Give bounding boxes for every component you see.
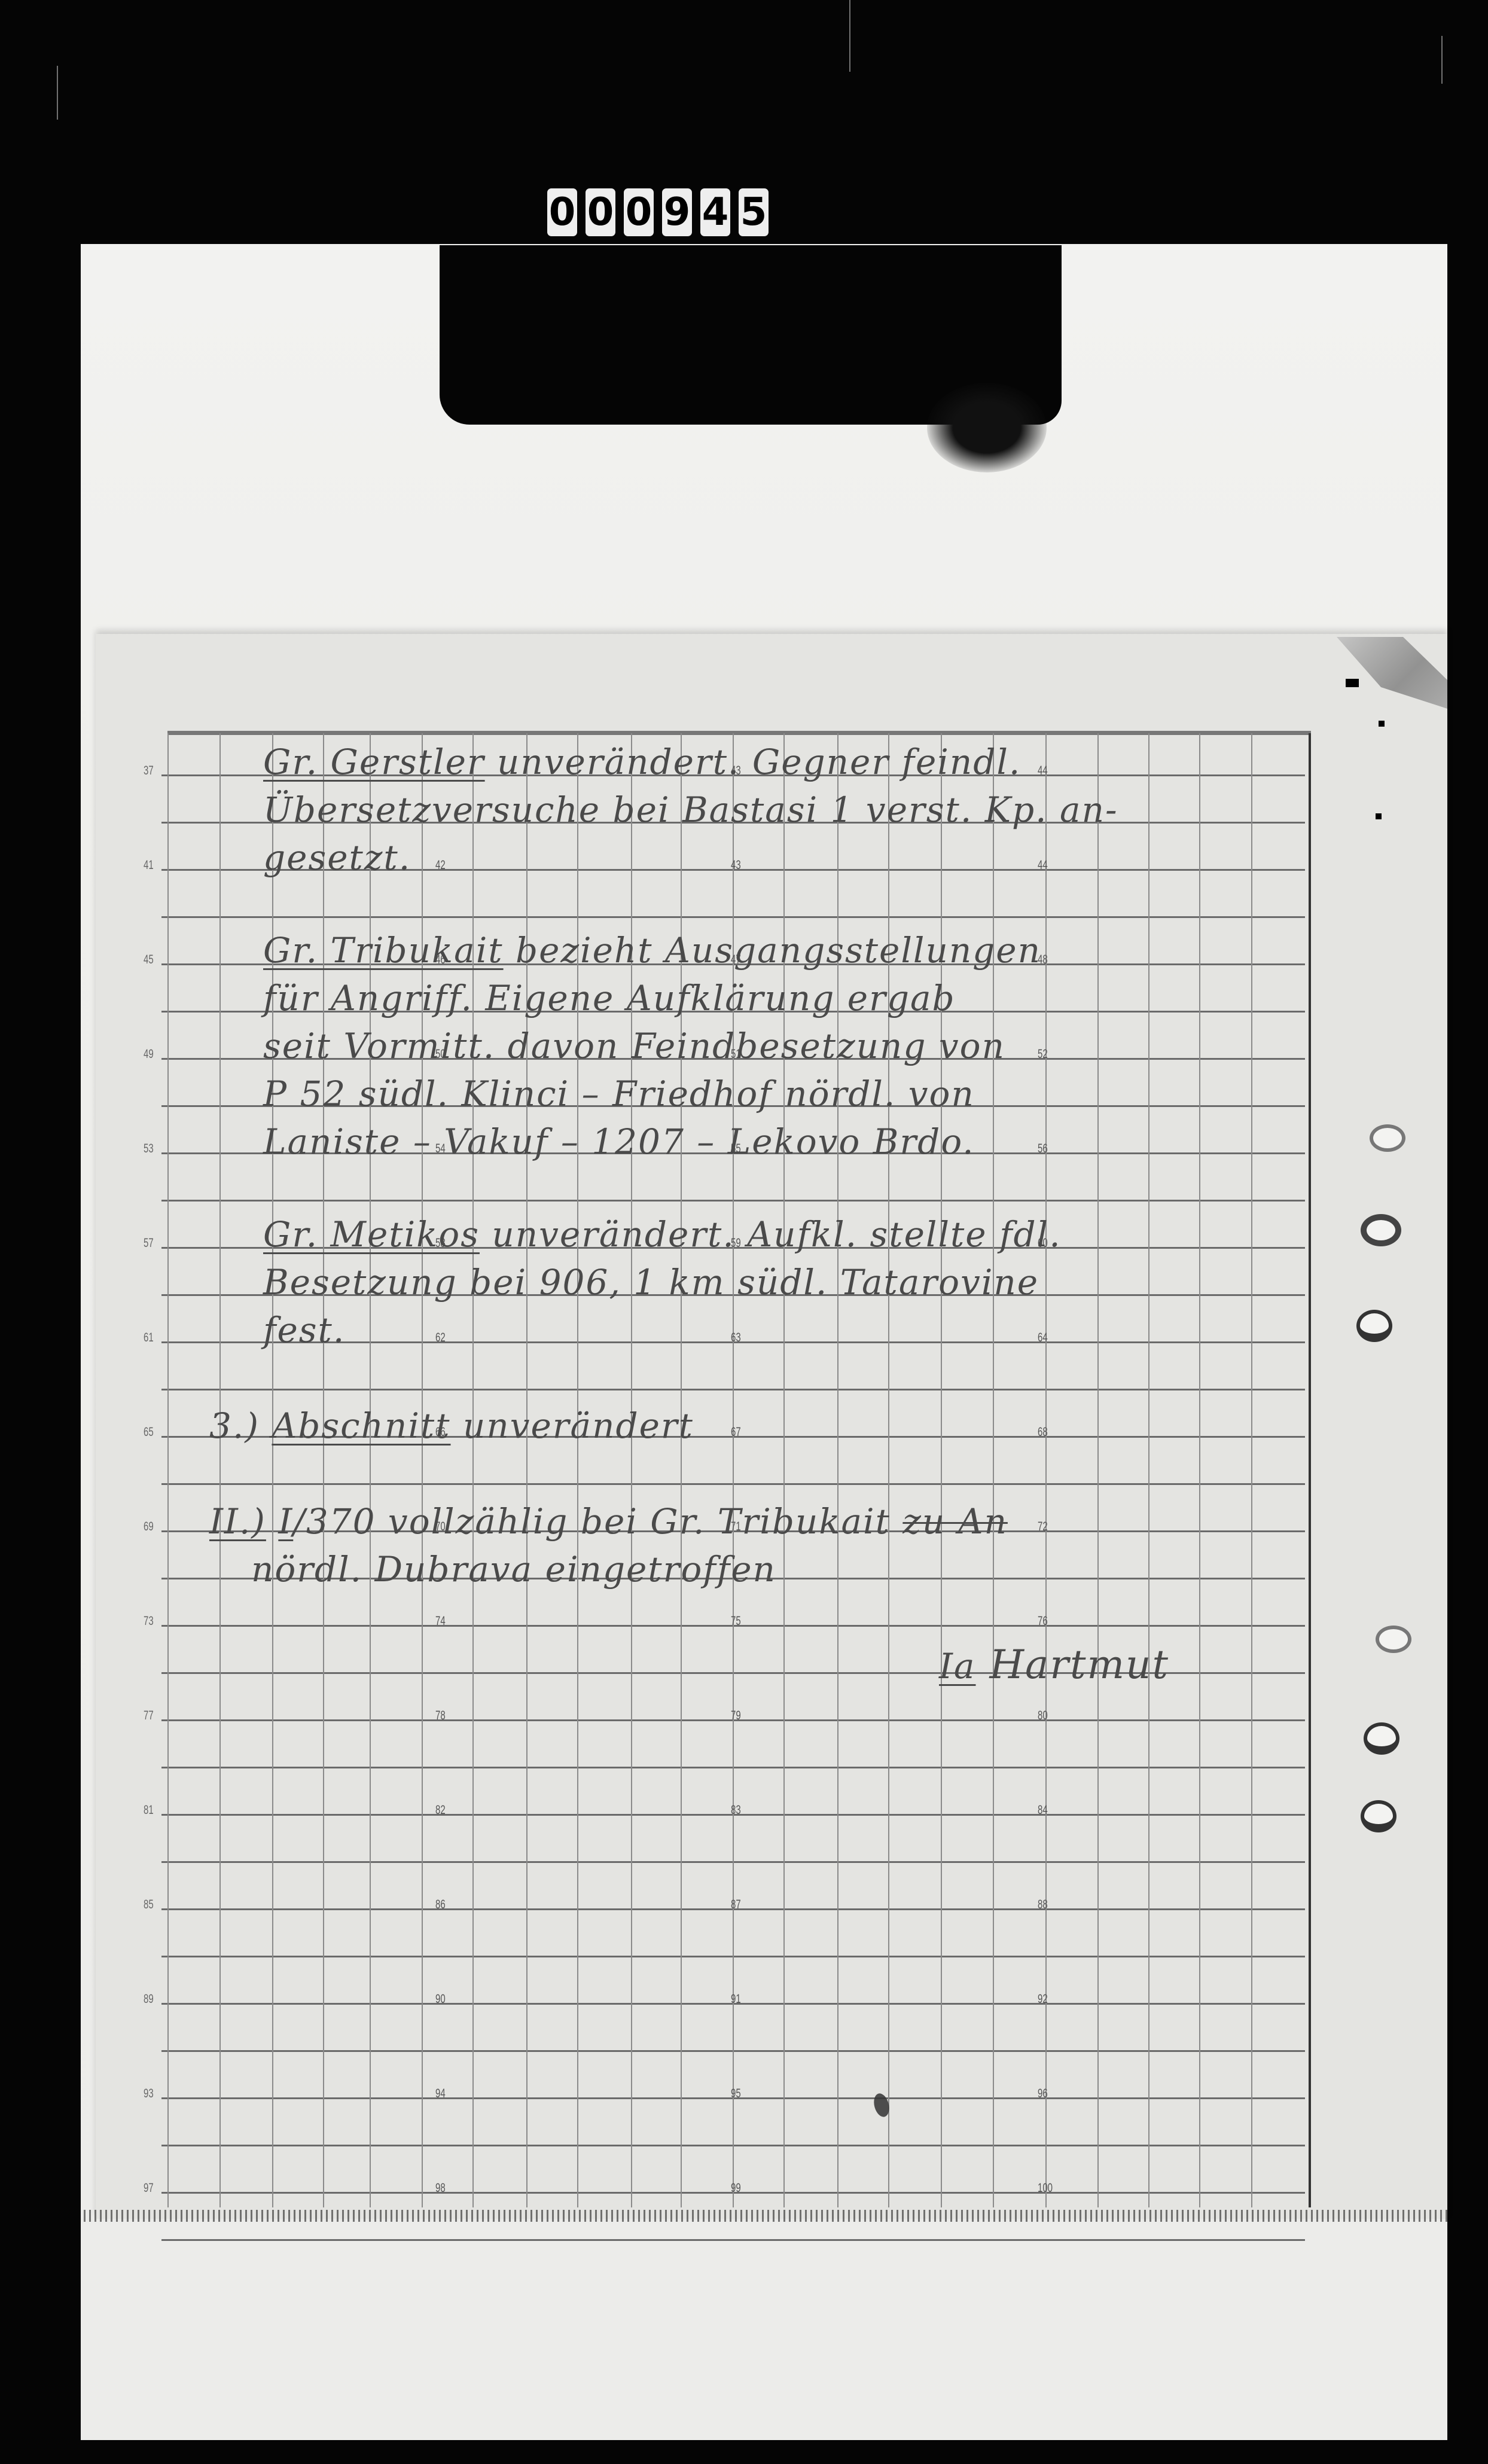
grid-vertical-line [219,733,221,2207]
handwritten-line-3: gesetzt. [263,837,411,878]
cell-number: 95 [731,2087,741,2101]
cell-number: 75 [731,1614,741,1629]
row-number: 65 [144,1425,154,1440]
film-scratch [57,66,58,120]
row-number: 85 [144,1898,154,1912]
cell-number: 82 [435,1803,446,1817]
cell-number: 79 [731,1709,741,1723]
handwritten-line-1: Gr. Gerstler unverändert. Gegner feindl. [263,742,1021,782]
line-text: unverändert [451,1405,694,1446]
cell-number: 86 [435,1898,446,1912]
row-number: 81 [144,1803,154,1817]
cell-number: 91 [731,1992,741,2006]
row-number: 73 [144,1614,154,1629]
cell-number: 96 [1038,2087,1048,2101]
handwritten-line-4: Gr. Tribukait bezieht Ausgangsstellungen [263,930,1041,971]
punch-hole [1370,1124,1405,1152]
cell-number: 67 [731,1425,741,1440]
punch-hole [1361,1214,1401,1246]
cell-number: 99 [731,2181,741,2195]
film-scratch [1441,36,1443,84]
row-number: 49 [144,1047,154,1062]
handwritten-line-2: Übersetzversuche bei Bastasi 1 verst. Kp… [263,789,1118,830]
cell-number: 63 [731,1331,741,1345]
section-number: II.) [209,1501,266,1542]
right-rule [1309,733,1311,2207]
line-text: unverändert. Gegner feindl. [485,742,1022,782]
group-name-tribukait: Gr. Tribukait [263,930,504,971]
line-text: bezieht Ausgangsstellungen [504,930,1041,971]
cell-number: 72 [1038,1520,1048,1534]
cell-number: 80 [1038,1709,1048,1723]
punch-hole [1361,1800,1396,1832]
cell-number: 52 [1038,1047,1048,1062]
cell-number: 44 [1038,858,1048,873]
grid-vertical-line [167,733,169,2207]
section-number: 3.) [209,1405,260,1446]
section-heading: Abschnitt [272,1405,450,1446]
handwritten-line-5: für Angriff. Eigene Aufklärung ergab [263,978,956,1018]
signature-name: Hartmut [989,1642,1169,1688]
counter-digit: 0 [624,188,654,236]
margin-mark [1346,679,1359,687]
cell-number: 56 [1038,1142,1048,1156]
cell-number: 62 [435,1331,446,1345]
row-number: 57 [144,1236,154,1251]
counter-shadow [927,383,1047,472]
punch-hole [1356,1310,1392,1342]
cell-number: 64 [1038,1331,1048,1345]
top-rule [167,731,1311,735]
perforated-edge [84,2210,1447,2222]
cell-number: 68 [1038,1425,1048,1440]
handwritten-line-10: Besetzung bei 906, 1 km südl. Tatarovine [263,1262,1039,1303]
row-number: 69 [144,1520,154,1534]
punch-hole [1376,1626,1411,1653]
cell-number: 94 [435,2087,446,2101]
handwritten-line-13: II.) I/370 vollzählig bei Gr. Tribukait … [209,1501,1008,1542]
punch-hole [1364,1722,1399,1755]
row-number: 61 [144,1331,154,1345]
frame-counter: 0 0 0 9 4 5 [547,188,769,236]
margin-mark [1379,721,1385,727]
handwritten-line-7: P 52 südl. Klinci – Friedhof nördl. von [263,1074,975,1114]
cell-number: 98 [435,2181,446,2195]
handwritten-line-8: Laniste – Vakuf – 1207 – Lekovo Brdo. [263,1121,975,1162]
cell-number: 90 [435,1992,446,2006]
row-number: 37 [144,764,154,778]
row-number: 45 [144,953,154,967]
unit-roman: I [278,1501,293,1542]
handwritten-line-11: fest. [263,1310,345,1350]
grid-vertical-line [1097,733,1099,2207]
cell-number: 84 [1038,1803,1048,1817]
row-number: 93 [144,2087,154,2101]
grid-horizontal-line [161,2239,1305,2241]
counter-digit: 0 [586,188,615,236]
counter-digit: 0 [547,188,577,236]
row-number: 53 [144,1142,154,1156]
row-number: 77 [144,1709,154,1723]
counter-digit: 5 [739,188,769,236]
signature: Ia Hartmut [939,1642,1169,1688]
row-number: 41 [144,858,154,873]
grid-vertical-line [1251,733,1252,2207]
film-scratch [849,0,850,72]
signature-title: Ia [939,1646,976,1687]
row-number: 89 [144,1992,154,2006]
counter-digit: 9 [662,188,692,236]
cell-number: 42 [435,858,446,873]
grid-vertical-line [1199,733,1200,2207]
group-name-metikos: Gr. Metikos [263,1214,480,1255]
cell-number: 87 [731,1898,741,1912]
cell-number: 78 [435,1709,446,1723]
handwritten-line-9: Gr. Metikos unverändert. Aufkl. stellte … [263,1214,1062,1255]
cell-number: 88 [1038,1898,1048,1912]
cell-number: 83 [731,1803,741,1817]
line-text: /370 vollzählig bei Gr. Tribukait [293,1501,891,1542]
counter-digit: 4 [700,188,730,236]
cell-number: 74 [435,1614,446,1629]
margin-mark [1376,813,1382,819]
line-text: unverändert. Aufkl. stellte fdl. [480,1214,1062,1255]
row-number: 97 [144,2181,154,2195]
handwritten-line-14: nördl. Dubrava eingetroffen [251,1549,776,1590]
cell-number: 43 [731,858,741,873]
grid-vertical-line [1148,733,1149,2207]
handwritten-line-12: 3.) Abschnitt unverändert [209,1405,694,1446]
group-name-gerstler: Gr. Gerstler [263,742,485,782]
cell-number: 76 [1038,1614,1048,1629]
handwritten-line-6: seit Vormitt. davon Feindbesetzung von [263,1026,1005,1066]
cell-number: 44 [1038,764,1048,778]
cell-number: 100 [1038,2181,1053,2195]
cell-number: 92 [1038,1992,1048,2006]
struck-text: zu An [902,1501,1008,1542]
